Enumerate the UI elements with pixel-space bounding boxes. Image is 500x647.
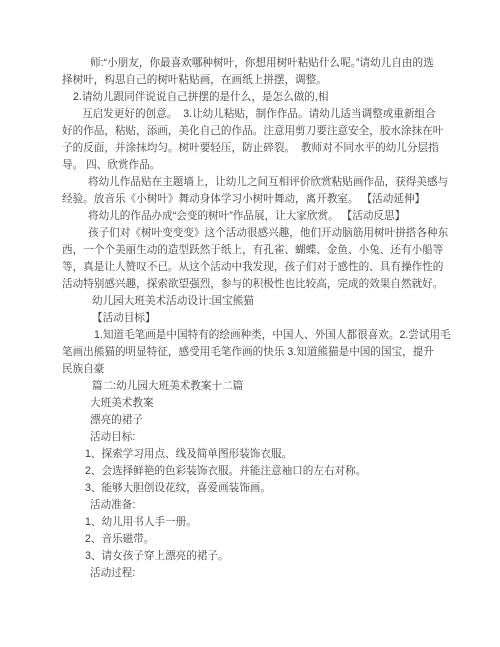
text-line: 漂亮的裙子 [62,412,442,429]
text-line: 活动目标: [62,429,442,446]
text-line: 互启发更好的创意。 3.让幼儿粘贴，制作作品。请幼儿适当调整或重新组合 [62,106,442,123]
text-line: 导。 四、欣赏作品。 [62,157,442,174]
text-line: 活动准备: [62,497,442,514]
text-line: 2、会选择鲜艳的色彩装饰衣服。并能注意袖口的左右对称。 [62,463,442,480]
text-line: 活动过程: [62,565,442,582]
text-line: 好的作品，粘贴，添画，美化自己的作品。注意用剪刀要注意安全，胶水涂抹在叶 [62,123,442,140]
text-line: 1.知道毛笔画是中国特有的绘画种类，中国人、外国人都很喜欢。2.尝试用毛 [62,327,442,344]
text-line: 西，一个个美丽生动的造型跃然于纸上，有孔雀、蝴蝶、金鱼、小兔、还有小船等 [62,242,442,259]
text-line: 择树叶，构思自己的树叶粘贴画，在画纸上拼摆，调整。 [62,72,442,89]
text-line: 大班美术教案 [62,395,442,412]
text-line: 3、能够大胆创设花纹，喜爱画装饰画。 [62,480,442,497]
text-line: 师:“小朋友，你最喜欢哪种树叶，你想用树叶粘贴什么呢。”请幼儿自由的选 [62,55,442,72]
text-line: 1、探索学习用点、线及简单图形装饰衣服。 [62,446,442,463]
text-line: 2、音乐磁带。 [62,531,442,548]
text-line: 等，真是让人赞叹不已。从这个活动中我发现，孩子们对于感性的、具有操作性的 [62,259,442,276]
text-line: 民族自豪 [62,361,442,378]
text-line: 活动特别感兴趣，探索欲望强烈，参与的积极性也比较高，完成的效果自然就好。 [62,276,442,293]
text-line: 篇二:幼儿园大班美术教案十二篇 [62,378,442,395]
text-line: 经验。放音乐《小树叶》舞动身体学习小树叶舞动，离开教室。 【活动延伸】 [62,191,442,208]
text-line: 笔画出熊猫的明显特征，感受用毛笔作画的快乐 3.知道熊猫是中国的国宝，提升 [62,344,442,361]
text-line: 幼儿园大班美术活动设计:国宝熊猫 [62,293,442,310]
text-line: 将幼儿作品贴在主题墙上，让幼儿之间互相评价欣赏粘贴画作品，获得美感与 [62,174,442,191]
text-line: 将幼儿的作品办成“会变的树叶”作品展，让大家欣赏。 【活动反思】 [62,208,442,225]
document-page: 师:“小朋友，你最喜欢哪种树叶，你想用树叶粘贴什么呢。”请幼儿自由的选择树叶，构… [0,0,500,647]
document-body: 师:“小朋友，你最喜欢哪种树叶，你想用树叶粘贴什么呢。”请幼儿自由的选择树叶，构… [62,55,442,582]
text-line: 1、幼儿用书人手一册。 [62,514,442,531]
text-line: 【活动目标】 [62,310,442,327]
text-line: 子的反面，并涂抹均匀。树叶要轻压，防止碎裂。 教师对不同水平的幼儿分层指 [62,140,442,157]
text-line: 3、请女孩子穿上漂亮的裙子。 [62,548,442,565]
text-line: 2.请幼儿跟同伴说说自己拼摆的是什么，是怎么做的,相 [62,89,442,106]
text-line: 孩子们对《树叶变变变》这个活动很感兴趣，他们开动脑筋用树叶拼搭各种东 [62,225,442,242]
